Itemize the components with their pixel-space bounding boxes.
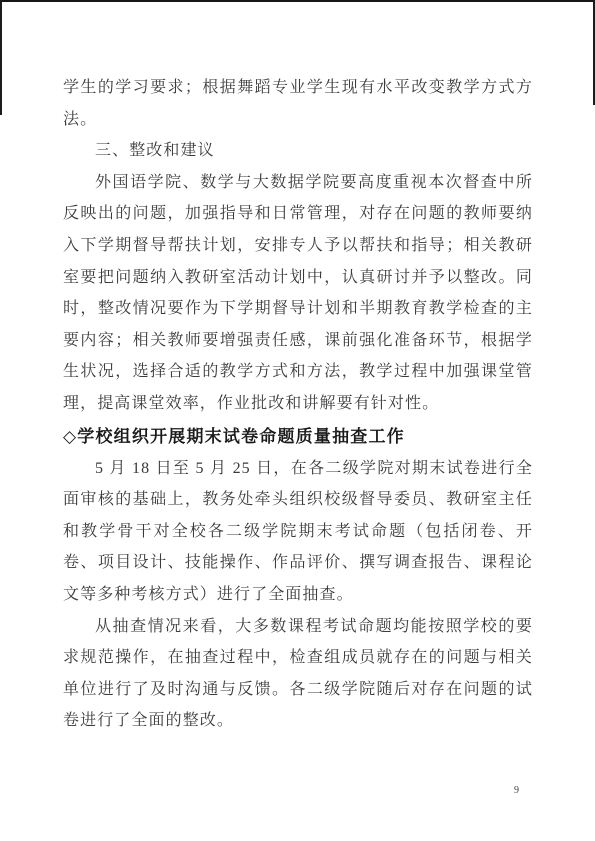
- page-number: 9: [514, 785, 519, 796]
- paragraph: 外国语学院、数学与大数据学院要高度重视本次督查中所反映出的问题，加强指导和日常管…: [63, 167, 533, 420]
- numbered-subheading: 三、整改和建议: [63, 135, 533, 167]
- scan-edge-top: [0, 0, 595, 2]
- paragraph: 从抽查情况来看，大多数课程考试命题均能按照学校的要求规范操作，在抽查过程中，检查…: [63, 611, 533, 737]
- document-page: 学生的学习要求；根据舞蹈专业学生现有水平改变教学方式方法。 三、整改和建议 外国…: [0, 0, 595, 841]
- section-heading: ◇学校组织开展期末试卷命题质量抽查工作: [63, 420, 533, 453]
- paragraph: 5 月 18 日至 5 月 25 日，在各二级学院对期末试卷进行全面审核的基础上…: [63, 453, 533, 611]
- document-content: 学生的学习要求；根据舞蹈专业学生现有水平改变教学方式方法。 三、整改和建议 外国…: [63, 72, 533, 737]
- scan-edge-left: [0, 0, 2, 115]
- paragraph-continuation: 学生的学习要求；根据舞蹈专业学生现有水平改变教学方式方法。: [63, 72, 533, 135]
